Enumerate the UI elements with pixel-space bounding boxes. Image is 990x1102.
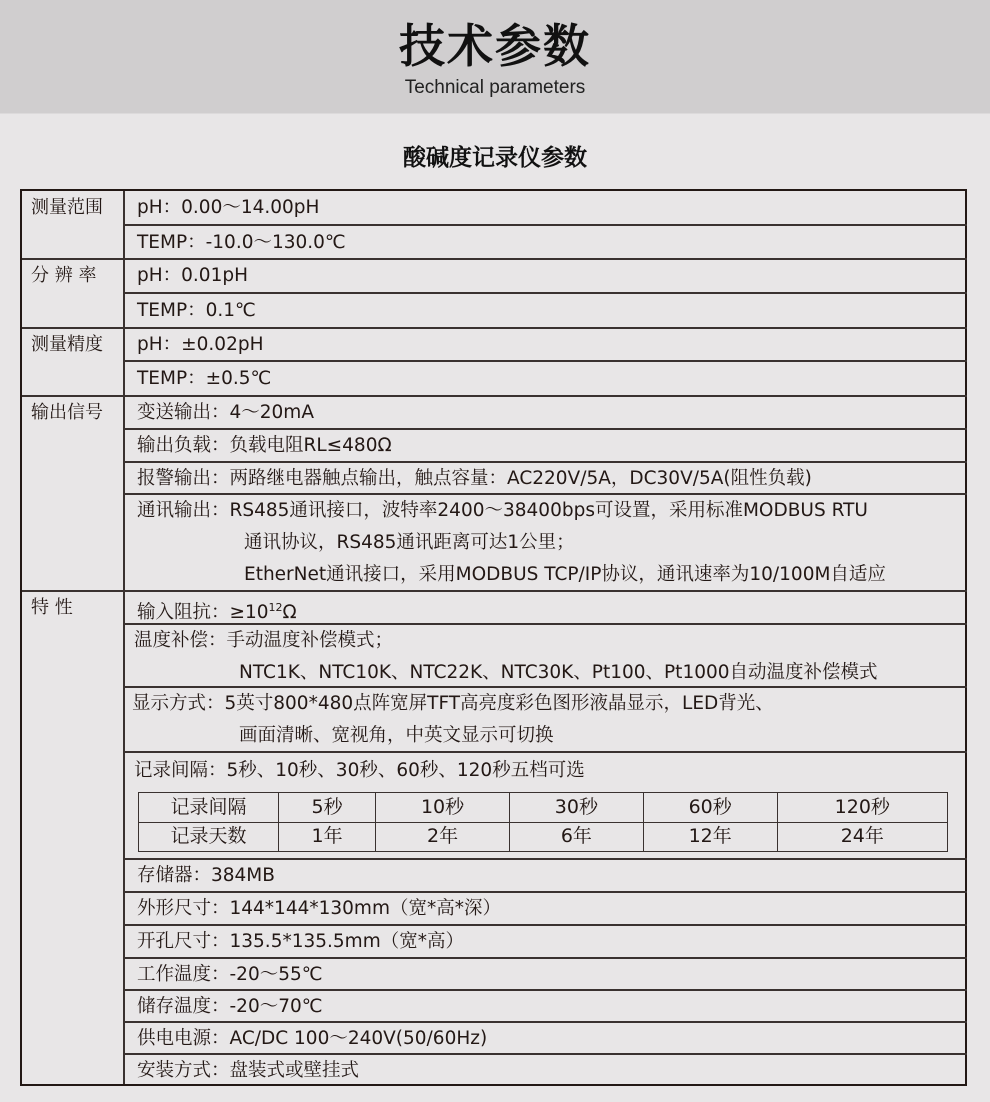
spec-text: 安装方式：盘装式或壁挂式 bbox=[137, 1055, 359, 1087]
spec-text: pH：0.00～14.00pH bbox=[137, 192, 319, 224]
spec-row: pH：±0.02pH bbox=[125, 329, 967, 361]
group-label-characteristics: 特 性 bbox=[22, 591, 122, 625]
spec-row-impedance: 输入阻抗：≥1012Ω bbox=[125, 592, 967, 623]
spec-text: 通讯协议，RS485通讯距离可达1公里； bbox=[244, 527, 575, 559]
table-cell: 记录间隔 bbox=[139, 793, 279, 823]
table-cell: 1年 bbox=[279, 822, 376, 852]
group-label-measure-range: 测量范围 bbox=[22, 191, 122, 225]
spec-text: 储存温度：-20～70℃ bbox=[137, 991, 323, 1023]
spec-row-display: 显示方式：5英寸800*480点阵宽屏TFT高亮度彩色图形液晶显示，LED背光、… bbox=[125, 688, 967, 750]
spec-table: 测量范围 pH：0.00～14.00pH TEMP：-10.0～130.0℃ 分… bbox=[20, 189, 967, 1086]
spec-text: 记录间隔：5秒、10秒、30秒、60秒、120秒五档可选 bbox=[134, 755, 585, 787]
spec-text: 存储器：384MB bbox=[137, 860, 275, 892]
spec-text: NTC1K、NTC10K、NTC22K、NTC30K、Pt100、Pt1000自… bbox=[239, 657, 878, 689]
page-subtitle: Technical parameters bbox=[0, 76, 990, 100]
interval-table: 记录间隔 5秒 10秒 30秒 60秒 120秒 记录天数 1年 2年 6年 1… bbox=[138, 792, 948, 852]
table-row: 记录间隔 5秒 10秒 30秒 60秒 120秒 bbox=[139, 793, 948, 823]
spec-text: 输出负载：负载电阻RL≤480Ω bbox=[137, 430, 392, 462]
group-label-output-signal: 输出信号 bbox=[22, 396, 122, 430]
table-row: 记录天数 1年 2年 6年 12年 24年 bbox=[139, 822, 948, 852]
table-cell: 24年 bbox=[777, 822, 947, 852]
spec-row: 供电电源：AC/DC 100～240V(50/60Hz) bbox=[125, 1023, 967, 1053]
table-cell: 60秒 bbox=[643, 793, 777, 823]
spec-text: 温度补偿：手动温度补偿模式； bbox=[134, 625, 393, 657]
table-cell: 30秒 bbox=[509, 793, 643, 823]
spec-row: 工作温度：-20～55℃ bbox=[125, 959, 967, 989]
table-cell: 10秒 bbox=[376, 793, 510, 823]
spec-row: TEMP：±0.5℃ bbox=[125, 362, 967, 394]
spec-row: TEMP：0.1℃ bbox=[125, 294, 967, 326]
spec-text: TEMP：-10.0～130.0℃ bbox=[137, 227, 346, 259]
table-cell: 120秒 bbox=[777, 793, 947, 823]
spec-row: 存储器：384MB bbox=[125, 860, 967, 891]
spec-row: pH：0.00～14.00pH bbox=[125, 191, 967, 225]
spec-text: EtherNet通讯接口，采用MODBUS TCP/IP协议，通讯速率为10/1… bbox=[244, 559, 886, 591]
spec-row: 安装方式：盘装式或壁挂式 bbox=[125, 1055, 967, 1085]
spec-row: 变送输出：4～20mA bbox=[125, 397, 967, 429]
group-label-accuracy: 测量精度 bbox=[22, 328, 122, 362]
spec-row: 报警输出：两路继电器触点输出，触点容量：AC220V/5A，DC30V/5A(阻… bbox=[125, 463, 967, 494]
spec-text: TEMP：0.1℃ bbox=[137, 295, 256, 327]
group-label-resolution: 分 辨 率 bbox=[22, 259, 122, 293]
spec-text: 开孔尺寸：135.5*135.5mm（宽*高） bbox=[137, 926, 464, 958]
spec-row: 开孔尺寸：135.5*135.5mm（宽*高） bbox=[125, 926, 967, 957]
spec-row: 储存温度：-20～70℃ bbox=[125, 991, 967, 1021]
spec-row: pH：0.01pH bbox=[125, 260, 967, 292]
spec-text: pH：±0.02pH bbox=[137, 329, 264, 361]
spec-text: pH：0.01pH bbox=[137, 260, 248, 292]
spec-text: 外形尺寸：144*144*130mm（宽*高*深） bbox=[137, 893, 501, 925]
spec-text: 变送输出：4～20mA bbox=[137, 397, 314, 429]
page-title: 技术参数 bbox=[0, 18, 990, 74]
table-cell: 5秒 bbox=[279, 793, 376, 823]
table-cell: 记录天数 bbox=[139, 822, 279, 852]
spec-row: TEMP：-10.0～130.0℃ bbox=[125, 226, 967, 258]
spec-text: TEMP：±0.5℃ bbox=[137, 363, 271, 395]
spec-text: 工作温度：-20～55℃ bbox=[137, 959, 323, 991]
spec-row-temp-compensation: 温度补偿：手动温度补偿模式； NTC1K、NTC10K、NTC22K、NTC30… bbox=[125, 625, 967, 687]
spec-text: 画面清晰、宽视角，中英文显示可切换 bbox=[239, 720, 554, 752]
spec-text: 通讯输出：RS485通讯接口，波特率2400～38400bps可设置，采用标准M… bbox=[137, 495, 868, 527]
spec-row: 输出负载：负载电阻RL≤480Ω bbox=[125, 430, 967, 461]
table-cell: 2年 bbox=[376, 822, 510, 852]
table-cell: 12年 bbox=[643, 822, 777, 852]
spec-row: 外形尺寸：144*144*130mm（宽*高*深） bbox=[125, 893, 967, 924]
spec-text: 供电电源：AC/DC 100～240V(50/60Hz) bbox=[137, 1023, 487, 1055]
table-cell: 6年 bbox=[509, 822, 643, 852]
spec-row-communication: 通讯输出：RS485通讯接口，波特率2400～38400bps可设置，采用标准M… bbox=[125, 495, 967, 591]
spec-text: 报警输出：两路继电器触点输出，触点容量：AC220V/5A，DC30V/5A(阻… bbox=[137, 463, 812, 495]
header-banner: 技术参数 Technical parameters bbox=[0, 0, 990, 114]
spec-text: 显示方式：5英寸800*480点阵宽屏TFT高亮度彩色图形液晶显示，LED背光、 bbox=[132, 688, 774, 720]
section-title: 酸碱度记录仪参数 bbox=[0, 142, 990, 174]
